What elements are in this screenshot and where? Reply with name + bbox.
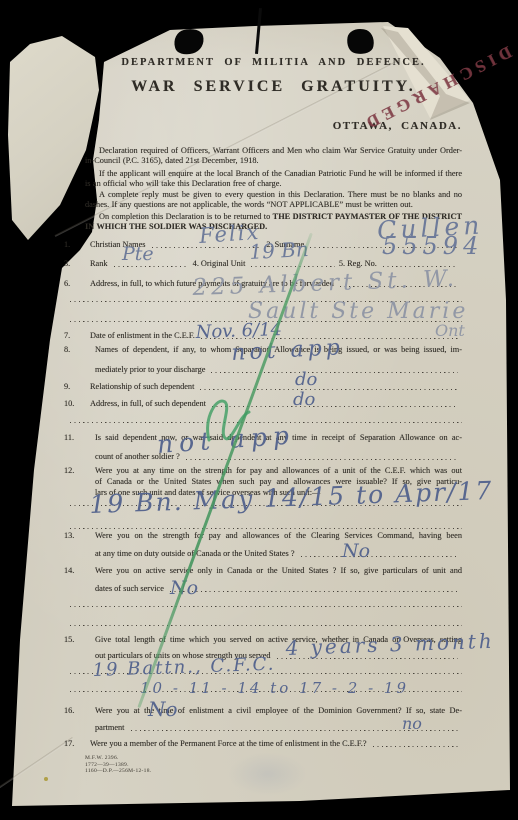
ink-smudge bbox=[228, 752, 308, 796]
q10-label: Address, in full, of such dependent bbox=[90, 399, 206, 408]
q13-number: 13. bbox=[64, 531, 74, 540]
place-heading: OTTAWA, CANADA. bbox=[85, 120, 462, 132]
q11-number: 11. bbox=[64, 433, 74, 442]
q9-label: Relationship of such dependent bbox=[90, 382, 194, 391]
handwriting-reg-no: 55594 bbox=[382, 232, 483, 260]
q14-answer-line bbox=[170, 589, 458, 592]
handwriting-q10-answer: do bbox=[293, 389, 315, 410]
q8-answer-line bbox=[211, 370, 458, 373]
q5-label: Reg. No. bbox=[347, 259, 377, 268]
intro-paragraph-2: If the applicant will enquire at the loc… bbox=[85, 169, 462, 190]
handwriting-q16-department: no bbox=[402, 714, 422, 733]
handwriting-q9-answer: do bbox=[295, 369, 317, 390]
handwriting-q15-dates: 10 - 11 - 14 to 17 - 2 - 19 bbox=[140, 679, 409, 697]
q12-line1: Were you at any time on the strength for… bbox=[95, 466, 462, 475]
q14-line2-row: dates of such service bbox=[95, 584, 462, 593]
plate-line-1: M.F.W. 2396. bbox=[85, 755, 151, 762]
q8-line2: mediately prior to your discharge bbox=[95, 365, 205, 374]
q4-answer-line bbox=[251, 264, 335, 267]
handwriting-address-3: Ont bbox=[435, 321, 465, 340]
q14-line1: Were you on active service only in Canad… bbox=[95, 566, 462, 575]
q13-answer-line bbox=[301, 554, 458, 557]
scanned-document-page: DEPARTMENT OF MILITIA AND DEFENCE. WAR S… bbox=[0, 0, 518, 820]
handwriting-q16-answer: No bbox=[148, 697, 178, 721]
question-17-row: 17. Were you a member of the Permanent F… bbox=[64, 739, 462, 748]
form-plate-numbers: M.F.W. 2396. 1772—39—1389. 1160—D.P.—256… bbox=[85, 755, 151, 775]
q11-line2-row: count of another soldier ? bbox=[95, 452, 462, 461]
q14-extra-line-1 bbox=[70, 604, 462, 607]
q17-label: Were you a member of the Permanent Force… bbox=[90, 739, 367, 748]
q14-extra-line-2 bbox=[70, 623, 462, 626]
q12-answer-line-2 bbox=[70, 526, 462, 529]
q9-number: 9. bbox=[64, 382, 90, 391]
q13-line1: Were you on the strength for pay and all… bbox=[95, 531, 462, 540]
q3-label: Rank bbox=[90, 259, 108, 268]
department-heading: DEPARTMENT OF MILITIA AND DEFENCE. bbox=[85, 57, 462, 68]
q14-line2: dates of such service bbox=[95, 584, 164, 593]
q1-number: 1. bbox=[64, 240, 90, 249]
q4-label: Original Unit bbox=[201, 259, 245, 268]
green-scribble bbox=[195, 388, 265, 450]
q16-line2: partment bbox=[95, 723, 125, 732]
q8-line2-row: mediately prior to your discharge bbox=[95, 365, 462, 374]
plate-line-2: 1772—39—1389. bbox=[85, 762, 151, 769]
plate-line-3: 1160—D.P.—256M-12-18. bbox=[85, 768, 151, 775]
handwriting-rank: Pte bbox=[122, 243, 154, 265]
q12-number: 12. bbox=[64, 466, 74, 475]
q3-number: 3. bbox=[64, 259, 90, 268]
q13-line2-row: at any time on duty outside of Canada or… bbox=[95, 549, 462, 558]
q5-number: 5. bbox=[339, 259, 345, 268]
q7-number: 7. bbox=[64, 331, 90, 340]
q4-number: 4. bbox=[193, 259, 199, 268]
paper-speck bbox=[44, 777, 48, 781]
q16-number: 16. bbox=[64, 706, 74, 715]
q15-number: 15. bbox=[64, 635, 74, 644]
handwriting-q13-answer: No bbox=[342, 540, 370, 562]
q6-number: 6. bbox=[64, 279, 90, 288]
q17-answer-line bbox=[373, 744, 458, 747]
intro-paragraph-3: A complete reply must be given to every … bbox=[85, 190, 462, 211]
intro-paragraph-1: Declaration required of Officers, Warran… bbox=[85, 146, 462, 167]
q8-number: 8. bbox=[64, 345, 70, 354]
q17-number: 17. bbox=[64, 739, 90, 748]
q14-number: 14. bbox=[64, 566, 74, 575]
q7-label: Date of enlistment in the C.E.F. bbox=[90, 331, 195, 340]
q10-number: 10. bbox=[64, 399, 90, 408]
